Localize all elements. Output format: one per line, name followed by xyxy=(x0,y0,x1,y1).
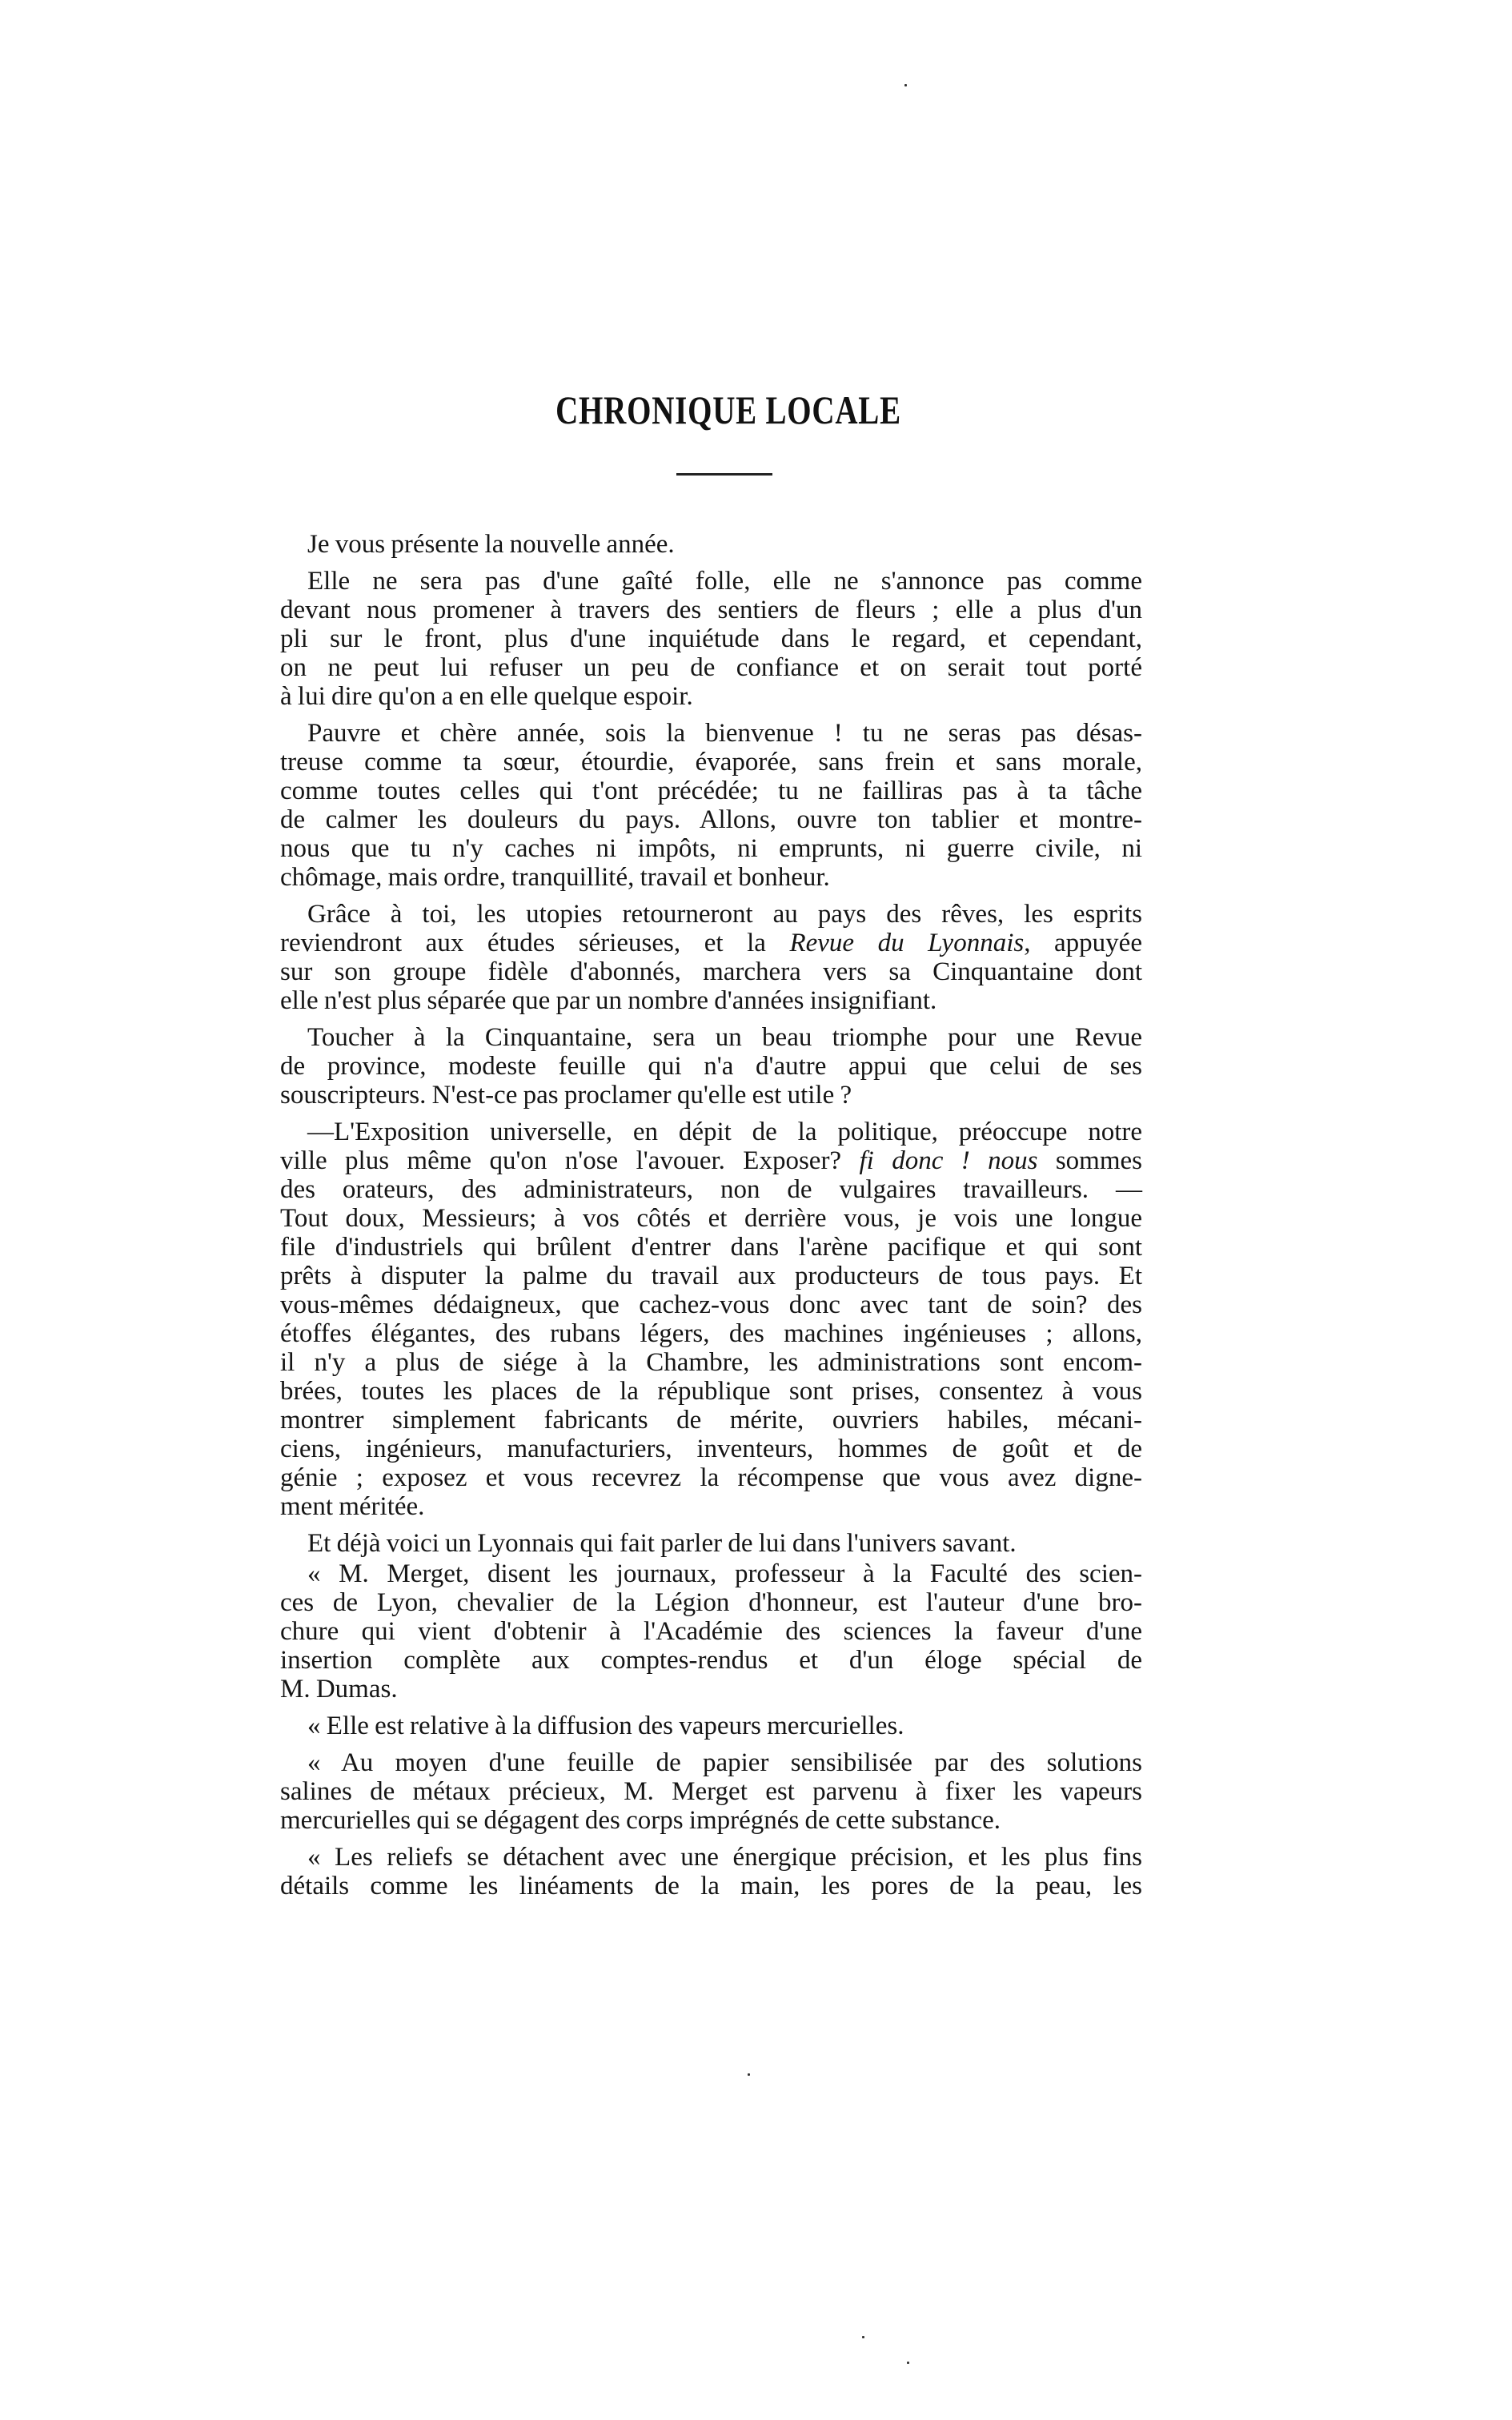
text-line: M. Dumas. xyxy=(280,1675,1142,1704)
scan-speck xyxy=(748,2073,750,2076)
text-line: Je vous présente la nouvelle année. xyxy=(280,530,1142,559)
text-line: —L'Exposition universelle, en dépit de l… xyxy=(280,1118,1142,1146)
paragraph-exposition: —L'Exposition universelle, en dépit de l… xyxy=(280,1118,1142,1521)
text-line: nous que tu n'y caches ni impôts, ni emp… xyxy=(280,834,1142,863)
text-line: on ne peut lui refuser un peu de confian… xyxy=(280,653,1142,682)
text-line: de province, modeste feuille qui n'a d'a… xyxy=(280,1052,1142,1081)
scan-speck xyxy=(904,84,907,86)
paragraph-grace-a-toi: Grâce à toi, les utopies retourneront au… xyxy=(280,900,1142,1015)
text-line: ville plus même qu'on n'ose l'avouer. Ex… xyxy=(280,1146,1142,1175)
text-line: prêts à disputer la palme du travail aux… xyxy=(280,1262,1142,1290)
text-line: chômage, mais ordre, tranquillité, trava… xyxy=(280,863,1142,892)
paragraph-feuille-papier: « Au moyen d'une feuille de papier sensi… xyxy=(280,1748,1142,1835)
paragraph-pauvre-annee: Pauvre et chère année, sois la bienvenue… xyxy=(280,719,1142,892)
text-line: file d'industriels qui brûlent d'entrer … xyxy=(280,1233,1142,1262)
italic-text: Revue du Lyonnais xyxy=(789,929,1024,957)
text-line: reviendront aux études sérieuses, et la … xyxy=(280,929,1142,957)
text-line: « Les reliefs se détachent avec une éner… xyxy=(280,1843,1142,1872)
text-line: Et déjà voici un Lyonnais qui fait parle… xyxy=(280,1529,1142,1558)
text-line: ces de Lyon, chevalier de la Légion d'ho… xyxy=(280,1588,1142,1617)
text-line: Tout doux, Messieurs; à vos côtés et der… xyxy=(280,1204,1142,1233)
text-line: il n'y a plus de siége à la Chambre, les… xyxy=(280,1348,1142,1377)
text-line: « M. Merget, disent les journaux, profes… xyxy=(280,1559,1142,1588)
paragraph-intro: Je vous présente la nouvelle année. xyxy=(280,530,1142,559)
text-line: Pauvre et chère année, sois la bienvenue… xyxy=(280,719,1142,748)
text-line: Elle ne sera pas d'une gaîté folle, elle… xyxy=(280,567,1142,596)
text-line: vous-mêmes dédaigneux, que cachez-vous d… xyxy=(280,1290,1142,1319)
text-line: étoffes élégantes, des rubans légers, de… xyxy=(280,1319,1142,1348)
text-line: montrer simplement fabricants de mérite,… xyxy=(280,1406,1142,1435)
scan-speck xyxy=(907,2362,909,2364)
text-line: mercurielles qui se dégagent des corps i… xyxy=(280,1806,1142,1835)
text-line: à lui dire qu'on a en elle quelque espoi… xyxy=(280,682,1142,711)
text-line: souscripteurs. N'est-ce pas proclamer qu… xyxy=(280,1081,1142,1110)
text-line: devant nous promener à travers des senti… xyxy=(280,596,1142,624)
text-line: « Au moyen d'une feuille de papier sensi… xyxy=(280,1748,1142,1777)
page-title: CHRONIQUE LOCALE xyxy=(160,386,1297,434)
text-line: « Elle est relative à la diffusion des v… xyxy=(280,1712,1142,1740)
italic-text: fi donc ! nous xyxy=(859,1146,1037,1175)
text-line: Grâce à toi, les utopies retourneront au… xyxy=(280,900,1142,929)
text-line: sur son groupe fidèle d'abonnés, marcher… xyxy=(280,957,1142,986)
paragraph-cinquantaine: Toucher à la Cinquantaine, sera un beau … xyxy=(280,1023,1142,1110)
paragraph-lyonnais-savant: Et déjà voici un Lyonnais qui fait parle… xyxy=(280,1529,1142,1558)
paragraph-elle-ne-sera: Elle ne sera pas d'une gaîté folle, elle… xyxy=(280,567,1142,711)
paragraph-diffusion: « Elle est relative à la diffusion des v… xyxy=(280,1712,1142,1740)
scan-speck xyxy=(862,2336,864,2338)
article-body: Je vous présente la nouvelle année. Elle… xyxy=(280,530,1142,1908)
paragraph-reliefs: « Les reliefs se détachent avec une éner… xyxy=(280,1843,1142,1900)
text-line: elle n'est plus séparée que par un nombr… xyxy=(280,986,1142,1015)
text-line: chure qui vient d'obtenir à l'Académie d… xyxy=(280,1617,1142,1646)
text-line: treuse comme ta sœur, étourdie, évaporée… xyxy=(280,748,1142,777)
text-line: ment méritée. xyxy=(280,1492,1142,1521)
title-rule-divider xyxy=(676,473,772,476)
text-line: Toucher à la Cinquantaine, sera un beau … xyxy=(280,1023,1142,1052)
text-line: insertion complète aux comptes-rendus et… xyxy=(280,1646,1142,1675)
paragraph-merget-quote: « M. Merget, disent les journaux, profes… xyxy=(280,1559,1142,1704)
text-line: pli sur le front, plus d'une inquiétude … xyxy=(280,624,1142,653)
scanned-page: CHRONIQUE LOCALE Je vous présente la nou… xyxy=(0,0,1512,2420)
text-line: détails comme les linéaments de la main,… xyxy=(280,1872,1142,1900)
text-line: comme toutes celles qui t'ont précédée; … xyxy=(280,777,1142,805)
text-line: génie ; exposez et vous recevrez la réco… xyxy=(280,1463,1142,1492)
text-line: de calmer les douleurs du pays. Allons, … xyxy=(280,805,1142,834)
text-line: ciens, ingénieurs, manufacturiers, inven… xyxy=(280,1435,1142,1463)
text-line: des orateurs, des administrateurs, non d… xyxy=(280,1175,1142,1204)
text-line: brées, toutes les places de la républiqu… xyxy=(280,1377,1142,1406)
text-line: salines de métaux précieux, M. Merget es… xyxy=(280,1777,1142,1806)
